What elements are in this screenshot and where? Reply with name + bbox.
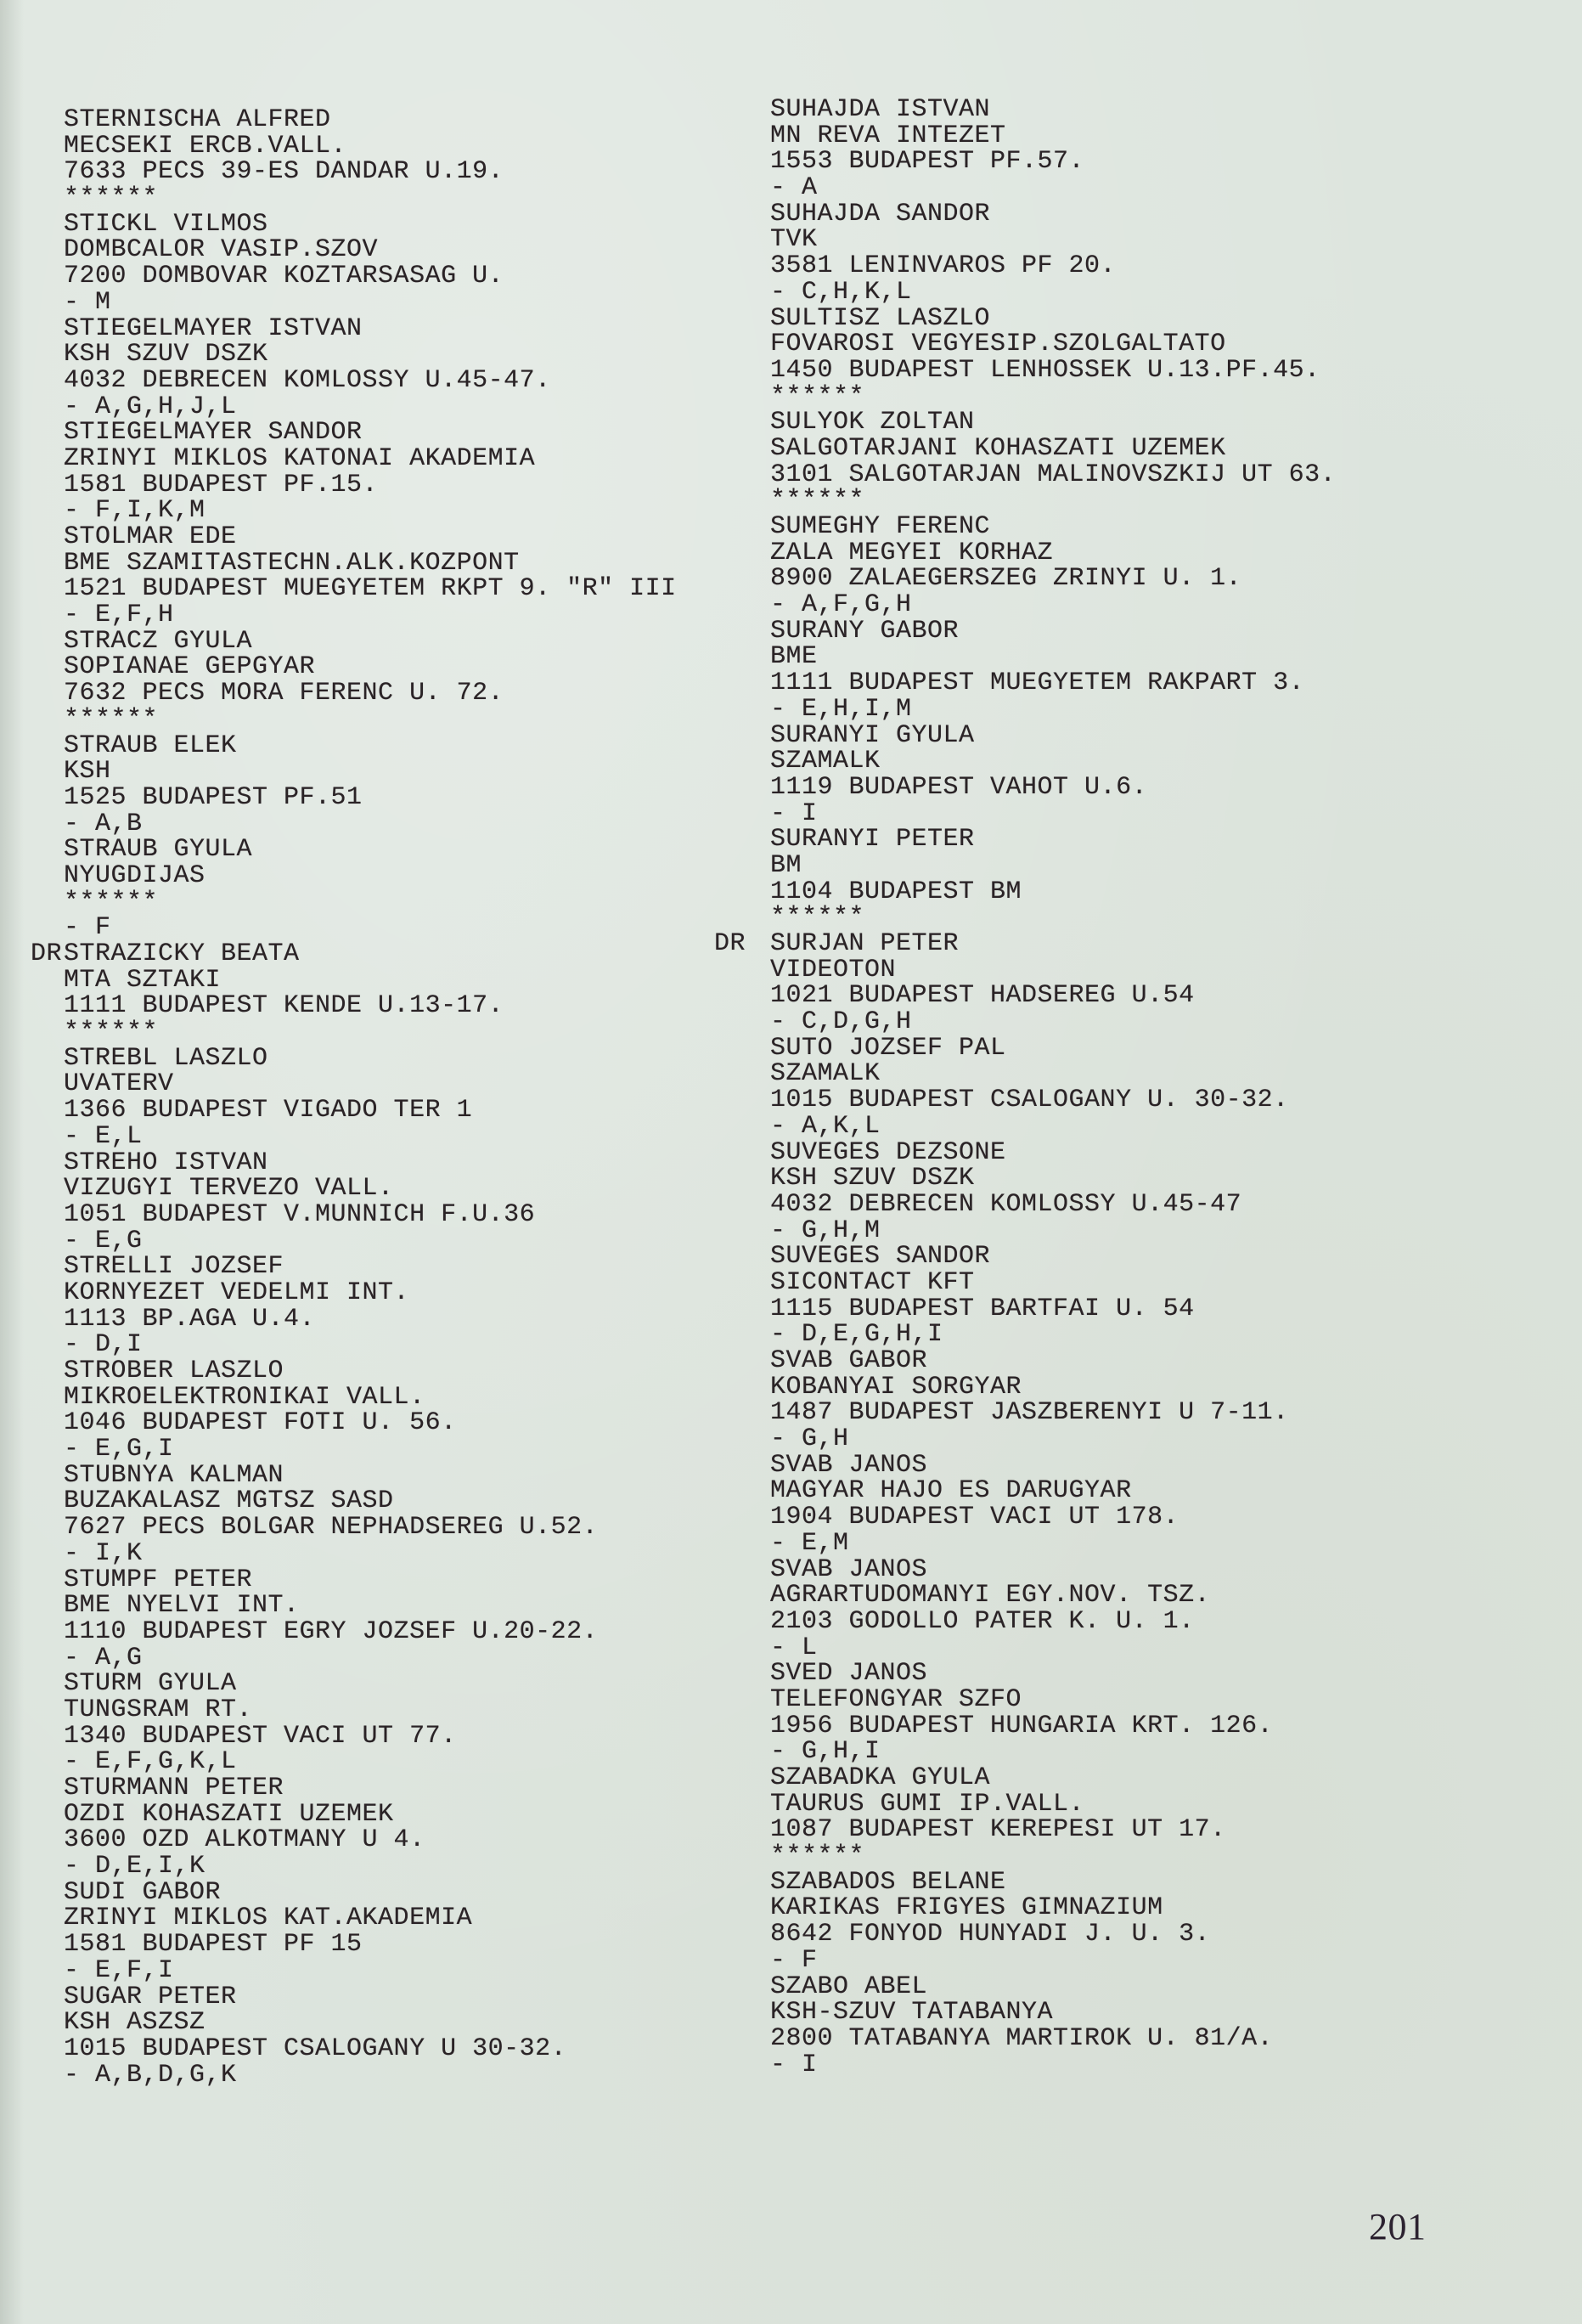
entry-codes: - G,H,M bbox=[770, 1218, 1336, 1244]
entry-name: SUVEGES SANDOR bbox=[770, 1244, 1336, 1270]
entry-codes: - A,K,L bbox=[770, 1114, 1336, 1140]
entry-organization: BME bbox=[770, 644, 1336, 670]
directory-entry: STIEGELMAYER ISTVANKSH SZUV DSZK4032 DEB… bbox=[64, 316, 677, 420]
entry-name: STUMPF PETER bbox=[64, 1567, 677, 1594]
directory-entry: SUHAJDA ISTVANMN REVA INTEZET1553 BUDAPE… bbox=[770, 97, 1336, 201]
entry-codes: - A,B,D,G,K bbox=[64, 2062, 677, 2089]
entry-address: 1119 BUDAPEST VAHOT U.6. bbox=[770, 775, 1336, 801]
entry-codes: - C,D,G,H bbox=[770, 1009, 1336, 1035]
entry-organization: TAURUS GUMI IP.VALL. bbox=[770, 1791, 1336, 1818]
directory-entry: SUHAJDA SANDORTVK3581 LENINVAROS PF 20.-… bbox=[770, 201, 1336, 306]
directory-column-right: SUHAJDA ISTVANMN REVA INTEZET1553 BUDAPE… bbox=[770, 97, 1336, 2078]
entry-address: 1115 BUDAPEST BARTFAI U. 54 bbox=[770, 1296, 1336, 1323]
entry-address: 1450 BUDAPEST LENHOSSEK U.13.PF.45. bbox=[770, 358, 1336, 384]
entry-name: SUDI GABOR bbox=[64, 1880, 677, 1906]
entry-codes: ****** bbox=[770, 1843, 1336, 1870]
entry-organization: KSH bbox=[64, 759, 677, 785]
entry-address: 8642 FONYOD HUNYADI J. U. 3. bbox=[770, 1921, 1336, 1948]
entry-name: STICKL VILMOS bbox=[64, 212, 677, 238]
entry-name: STURM GYULA bbox=[64, 1671, 677, 1697]
entry-address: 1113 BP.AGA U.4. bbox=[64, 1306, 677, 1333]
directory-entry: STREBL LASZLOUVATERV1366 BUDAPEST VIGADO… bbox=[64, 1046, 677, 1150]
entry-codes: - G,H,I bbox=[770, 1739, 1336, 1765]
entry-organization: TUNGSRAM RT. bbox=[64, 1697, 677, 1723]
entry-address: 7633 PECS 39-ES DANDAR U.19. bbox=[64, 159, 677, 185]
directory-entry: STUBNYA KALMANBUZAKALASZ MGTSZ SASD7627 … bbox=[64, 1463, 677, 1567]
directory-entry: STRACZ GYULASOPIANAE GEPGYAR7632 PECS MO… bbox=[64, 629, 677, 733]
entry-organization: BM bbox=[770, 853, 1336, 879]
entry-name: STOLMAR EDE bbox=[64, 524, 677, 550]
directory-entry: SUVEGES DEZSONEKSH SZUV DSZK4032 DEBRECE… bbox=[770, 1140, 1336, 1244]
directory-entry: STOLMAR EDEBME SZAMITASTECHN.ALK.KOZPONT… bbox=[64, 524, 677, 629]
entry-organization: BME SZAMITASTECHN.ALK.KOZPONT bbox=[64, 550, 677, 577]
entry-codes: - E,G,I bbox=[64, 1436, 677, 1463]
entry-organization: UVATERV bbox=[64, 1071, 677, 1097]
entry-title-prefix: DR bbox=[714, 931, 746, 957]
directory-entry: SVAB JANOSMAGYAR HAJO ES DARUGYAR1904 BU… bbox=[770, 1452, 1336, 1557]
entry-name: SUVEGES DEZSONE bbox=[770, 1140, 1336, 1166]
entry-address: 1104 BUDAPEST BM bbox=[770, 879, 1336, 905]
entry-address: 1015 BUDAPEST CSALOGANY U 30-32. bbox=[64, 2036, 677, 2062]
entry-address: 3581 LENINVAROS PF 20. bbox=[770, 253, 1336, 279]
entry-name: STRACZ GYULA bbox=[64, 629, 677, 655]
entry-name: STRAZICKY BEATA bbox=[64, 941, 677, 967]
entry-organization: AGRARTUDOMANYI EGY.NOV. TSZ. bbox=[770, 1582, 1336, 1609]
entry-organization: TELEFONGYAR SZFO bbox=[770, 1687, 1336, 1713]
entry-codes: - A,B bbox=[64, 811, 677, 838]
entry-name: STRELLI JOZSEF bbox=[64, 1254, 677, 1280]
entry-organization: KSH ASZSZ bbox=[64, 2010, 677, 2036]
entry-name: SUTO JOZSEF PAL bbox=[770, 1035, 1336, 1062]
entry-address: 1046 BUDAPEST FOTI U. 56. bbox=[64, 1410, 677, 1436]
entry-address: 1111 BUDAPEST MUEGYETEM RAKPART 3. bbox=[770, 670, 1336, 697]
directory-entry: DRSURJAN PETERVIDEOTON1021 BUDAPEST HADS… bbox=[770, 931, 1336, 1035]
entry-codes: - E,H,I,M bbox=[770, 697, 1336, 723]
entry-codes: - L bbox=[770, 1635, 1336, 1661]
directory-entry: SUMEGHY FERENCZALA MEGYEI KORHAZ8900 ZAL… bbox=[770, 514, 1336, 618]
entry-address: 1021 BUDAPEST HADSEREG U.54 bbox=[770, 983, 1336, 1009]
entry-codes: - E,F,I bbox=[64, 1958, 677, 1984]
entry-organization: OZDI KOHASZATI UZEMEK bbox=[64, 1802, 677, 1828]
page-gutter-shadow bbox=[0, 0, 24, 2324]
entry-address: 3600 OZD ALKOTMANY U 4. bbox=[64, 1827, 677, 1853]
entry-address: 1111 BUDAPEST KENDE U.13-17. bbox=[64, 993, 677, 1019]
entry-organization: MTA SZTAKI bbox=[64, 967, 677, 994]
entry-organization: ZALA MEGYEI KORHAZ bbox=[770, 540, 1336, 567]
entry-organization: BME NYELVI INT. bbox=[64, 1593, 677, 1619]
entry-address: 1087 BUDAPEST KEREPESI UT 17. bbox=[770, 1817, 1336, 1843]
entry-name: STROBER LASZLO bbox=[64, 1358, 677, 1385]
entry-codes: - E,G bbox=[64, 1228, 677, 1255]
entry-address: 1581 BUDAPEST PF.15. bbox=[64, 472, 677, 499]
directory-entry: SUVEGES SANDORSICONTACT KFT1115 BUDAPEST… bbox=[770, 1244, 1336, 1348]
entry-address: 1553 BUDAPEST PF.57. bbox=[770, 149, 1336, 175]
entry-codes: - D,E,I,K bbox=[64, 1853, 677, 1880]
entry-title-prefix: DR bbox=[31, 941, 62, 967]
entry-organization: KARIKAS FRIGYES GIMNAZIUM bbox=[770, 1895, 1336, 1921]
directory-column-left: STERNISCHA ALFREDMECSEKI ERCB.VALL.7633 … bbox=[64, 107, 677, 2088]
entry-name: SVAB GABOR bbox=[770, 1348, 1336, 1374]
entry-organization: SZAMALK bbox=[770, 1061, 1336, 1087]
entry-address: ****** bbox=[64, 889, 677, 916]
entry-address: 1581 BUDAPEST PF 15 bbox=[64, 1932, 677, 1958]
entry-codes: - E,M bbox=[770, 1531, 1336, 1557]
directory-entry: STURMANN PETEROZDI KOHASZATI UZEMEK3600 … bbox=[64, 1775, 677, 1880]
entry-codes: ****** bbox=[770, 384, 1336, 410]
directory-entry: STROBER LASZLOMIKROELEKTRONIKAI VALL.104… bbox=[64, 1358, 677, 1463]
entry-name: STREBL LASZLO bbox=[64, 1046, 677, 1072]
entry-address: 2800 TATABANYA MARTIROK U. 81/A. bbox=[770, 2026, 1336, 2052]
entry-name: SVAB JANOS bbox=[770, 1557, 1336, 1583]
entry-organization: SICONTACT KFT bbox=[770, 1270, 1336, 1296]
entry-codes: ****** bbox=[770, 488, 1336, 514]
directory-entry: STRAUB ELEKKSH1525 BUDAPEST PF.51- A,B bbox=[64, 733, 677, 838]
entry-codes: - A,F,G,H bbox=[770, 592, 1336, 618]
directory-entry: SURANYI PETERBM1104 BUDAPEST BM****** bbox=[770, 826, 1336, 931]
entry-codes: - C,H,K,L bbox=[770, 279, 1336, 306]
entry-name: STERNISCHA ALFRED bbox=[64, 107, 677, 133]
directory-entry: SUTO JOZSEF PALSZAMALK1015 BUDAPEST CSAL… bbox=[770, 1035, 1336, 1140]
page-number: 201 bbox=[1369, 2205, 1427, 2248]
entry-codes: ****** bbox=[64, 185, 677, 212]
entry-organization: MIKROELEKTRONIKAI VALL. bbox=[64, 1385, 677, 1411]
entry-organization: SOPIANAE GEPGYAR bbox=[64, 654, 677, 680]
directory-entry: SULTISZ LASZLOFOVAROSI VEGYESIP.SZOLGALT… bbox=[770, 306, 1336, 410]
directory-entry: STIEGELMAYER SANDORZRINYI MIKLOS KATONAI… bbox=[64, 420, 677, 524]
entry-name: STIEGELMAYER SANDOR bbox=[64, 420, 677, 446]
entry-organization: MN REVA INTEZET bbox=[770, 123, 1336, 149]
entry-codes: - F bbox=[64, 915, 677, 941]
entry-address: 1015 BUDAPEST CSALOGANY U. 30-32. bbox=[770, 1087, 1336, 1114]
entry-name: STRAUB GYULA bbox=[64, 837, 677, 863]
entry-organization: MAGYAR HAJO ES DARUGYAR bbox=[770, 1478, 1336, 1504]
directory-entry: SUDI GABORZRINYI MIKLOS KAT.AKADEMIA1581… bbox=[64, 1880, 677, 1984]
directory-entry: STICKL VILMOSDOMBCALOR VASIP.SZOV7200 DO… bbox=[64, 212, 677, 316]
entry-name: SUGAR PETER bbox=[64, 1984, 677, 2011]
entry-name: SZABADKA GYULA bbox=[770, 1765, 1336, 1791]
entry-organization: KSH SZUV DSZK bbox=[770, 1165, 1336, 1192]
entry-organization: ZRINYI MIKLOS KAT.AKADEMIA bbox=[64, 1905, 677, 1932]
entry-address: 7632 PECS MORA FERENC U. 72. bbox=[64, 680, 677, 707]
entry-codes: - A,G bbox=[64, 1645, 677, 1672]
entry-codes: ****** bbox=[64, 707, 677, 733]
directory-entry: STERNISCHA ALFREDMECSEKI ERCB.VALL.7633 … bbox=[64, 107, 677, 212]
entry-organization: SALGOTARJANI KOHASZATI UZEMEK bbox=[770, 436, 1336, 462]
entry-codes: ****** bbox=[770, 905, 1336, 931]
entry-name: SUMEGHY FERENC bbox=[770, 514, 1336, 540]
directory-entry: SZABADKA GYULATAURUS GUMI IP.VALL.1087 B… bbox=[770, 1765, 1336, 1870]
entry-name: SURJAN PETER bbox=[770, 931, 1336, 957]
entry-address: 1366 BUDAPEST VIGADO TER 1 bbox=[64, 1097, 677, 1124]
entry-codes: - A bbox=[770, 175, 1336, 201]
directory-entry: SURANY GABORBME1111 BUDAPEST MUEGYETEM R… bbox=[770, 618, 1336, 723]
directory-entry: SULYOK ZOLTANSALGOTARJANI KOHASZATI UZEM… bbox=[770, 409, 1336, 514]
directory-entry: SVED JANOSTELEFONGYAR SZFO1956 BUDAPEST … bbox=[770, 1661, 1336, 1765]
entry-codes: - I,K bbox=[64, 1541, 677, 1567]
entry-name: SUHAJDA ISTVAN bbox=[770, 97, 1336, 123]
entry-codes: - E,F,G,K,L bbox=[64, 1749, 677, 1775]
entry-name: SULYOK ZOLTAN bbox=[770, 409, 1336, 436]
entry-name: SUHAJDA SANDOR bbox=[770, 201, 1336, 228]
entry-name: STURMANN PETER bbox=[64, 1775, 677, 1802]
entry-organization: KOBANYAI SORGYAR bbox=[770, 1374, 1336, 1401]
entry-organization: DOMBCALOR VASIP.SZOV bbox=[64, 237, 677, 263]
entry-address: 1051 BUDAPEST V.MUNNICH F.U.36 bbox=[64, 1202, 677, 1228]
directory-entry: STUMPF PETERBME NYELVI INT.1110 BUDAPEST… bbox=[64, 1567, 677, 1672]
entry-address: 2103 GODOLLO PATER K. U. 1. bbox=[770, 1609, 1336, 1635]
entry-name: SZABO ABEL bbox=[770, 1974, 1336, 2000]
entry-codes: ****** bbox=[64, 1019, 677, 1046]
directory-entry: STRAUB GYULANYUGDIJAS******- F bbox=[64, 837, 677, 941]
entry-address: 8900 ZALAEGERSZEG ZRINYI U. 1. bbox=[770, 566, 1336, 592]
entry-name: SVED JANOS bbox=[770, 1661, 1336, 1687]
entry-address: 3101 SALGOTARJAN MALINOVSZKIJ UT 63. bbox=[770, 462, 1336, 488]
directory-entry: STRELLI JOZSEFKORNYEZET VEDELMI INT.1113… bbox=[64, 1254, 677, 1358]
entry-organization: NYUGDIJAS bbox=[64, 863, 677, 889]
entry-organization: VIDEOTON bbox=[770, 957, 1336, 984]
entry-address: 1110 BUDAPEST EGRY JOZSEF U.20-22. bbox=[64, 1619, 677, 1645]
entry-name: SZABADOS BELANE bbox=[770, 1870, 1336, 1896]
directory-entry: SZABO ABELKSH-SZUV TATABANYA2800 TATABAN… bbox=[770, 1974, 1336, 2079]
directory-entry: SZABADOS BELANEKARIKAS FRIGYES GIMNAZIUM… bbox=[770, 1870, 1336, 1974]
entry-address: 1525 BUDAPEST PF.51 bbox=[64, 785, 677, 811]
entry-codes: - E,F,H bbox=[64, 602, 677, 629]
entry-address: 7627 PECS BOLGAR NEPHADSEREG U.52. bbox=[64, 1515, 677, 1541]
directory-entry: SVAB GABORKOBANYAI SORGYAR1487 BUDAPEST … bbox=[770, 1348, 1336, 1452]
entry-name: STREHO ISTVAN bbox=[64, 1150, 677, 1176]
entry-name: STUBNYA KALMAN bbox=[64, 1463, 677, 1489]
entry-address: 1521 BUDAPEST MUEGYETEM RKPT 9. "R" III bbox=[64, 576, 677, 602]
entry-address: 4032 DEBRECEN KOMLOSSY U.45-47. bbox=[64, 368, 677, 394]
entry-organization: BUZAKALASZ MGTSZ SASD bbox=[64, 1488, 677, 1515]
entry-name: STIEGELMAYER ISTVAN bbox=[64, 316, 677, 342]
entry-name: SURANYI GYULA bbox=[770, 723, 1336, 749]
entry-codes: - M bbox=[64, 290, 677, 316]
directory-entry: STREHO ISTVANVIZUGYI TERVEZO VALL.1051 B… bbox=[64, 1150, 677, 1255]
entry-codes: - A,G,H,J,L bbox=[64, 394, 677, 420]
entry-name: SVAB JANOS bbox=[770, 1452, 1336, 1479]
entry-name: SURANYI PETER bbox=[770, 826, 1336, 853]
directory-entry: SUGAR PETERKSH ASZSZ1015 BUDAPEST CSALOG… bbox=[64, 1984, 677, 2089]
entry-address: 4032 DEBRECEN KOMLOSSY U.45-47 bbox=[770, 1192, 1336, 1218]
entry-codes: - D,I bbox=[64, 1332, 677, 1358]
entry-address: 1904 BUDAPEST VACI UT 178. bbox=[770, 1504, 1336, 1531]
entry-organization: TVK bbox=[770, 227, 1336, 253]
entry-organization: SZAMALK bbox=[770, 748, 1336, 775]
entry-address: 7200 DOMBOVAR KOZTARSASAG U. bbox=[64, 263, 677, 290]
directory-entry: SURANYI GYULASZAMALK1119 BUDAPEST VAHOT … bbox=[770, 723, 1336, 827]
entry-address: 1340 BUDAPEST VACI UT 77. bbox=[64, 1723, 677, 1750]
entry-codes: - D,E,G,H,I bbox=[770, 1322, 1336, 1348]
entry-name: SURANY GABOR bbox=[770, 618, 1336, 645]
entry-codes: - E,L bbox=[64, 1124, 677, 1150]
entry-codes: - G,H bbox=[770, 1426, 1336, 1452]
entry-organization: ZRINYI MIKLOS KATONAI AKADEMIA bbox=[64, 446, 677, 472]
entry-codes: - F,I,K,M bbox=[64, 498, 677, 524]
directory-entry: STURM GYULATUNGSRAM RT.1340 BUDAPEST VAC… bbox=[64, 1671, 677, 1775]
entry-organization: FOVAROSI VEGYESIP.SZOLGALTATO bbox=[770, 331, 1336, 358]
entry-codes: - I bbox=[770, 801, 1336, 827]
directory-entry: DRSTRAZICKY BEATAMTA SZTAKI1111 BUDAPEST… bbox=[64, 941, 677, 1046]
entry-organization: VIZUGYI TERVEZO VALL. bbox=[64, 1176, 677, 1202]
entry-name: SULTISZ LASZLO bbox=[770, 306, 1336, 332]
entry-name: STRAUB ELEK bbox=[64, 733, 677, 759]
entry-address: 1956 BUDAPEST HUNGARIA KRT. 126. bbox=[770, 1713, 1336, 1740]
entry-codes: - F bbox=[770, 1948, 1336, 1974]
entry-organization: KSH-SZUV TATABANYA bbox=[770, 2000, 1336, 2026]
entry-organization: KORNYEZET VEDELMI INT. bbox=[64, 1280, 677, 1306]
entry-address: 1487 BUDAPEST JASZBERENYI U 7-11. bbox=[770, 1400, 1336, 1426]
directory-entry: SVAB JANOSAGRARTUDOMANYI EGY.NOV. TSZ.21… bbox=[770, 1557, 1336, 1661]
entry-organization: MECSEKI ERCB.VALL. bbox=[64, 133, 677, 160]
entry-organization: KSH SZUV DSZK bbox=[64, 341, 677, 368]
entry-codes: - I bbox=[770, 2052, 1336, 2079]
